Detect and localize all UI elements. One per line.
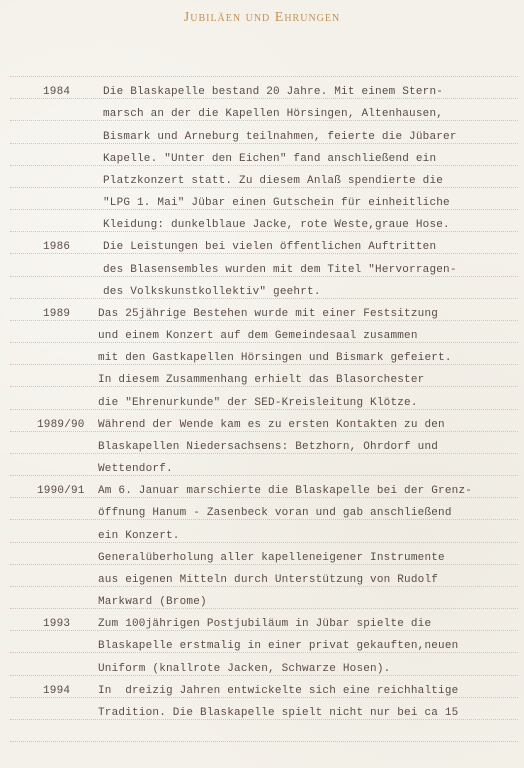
entry-text: marsch an der die Kapellen Hörsingen, Al…	[103, 106, 443, 122]
entry-text: Zum 100jährigen Postjubiläum in Jübar sp…	[98, 616, 431, 632]
entry-text: Uniform (knallrote Jacken, Schwarze Hose…	[98, 661, 390, 677]
entry-text: Bismark und Arneburg teilnahmen, feierte…	[103, 129, 457, 145]
entry-text: Blaskapellen Niedersachsens: Betzhorn, O…	[98, 439, 438, 455]
chronicle-row: marsch an der die Kapellen Hörsingen, Al…	[0, 106, 524, 122]
entry-text: Generalüberholung aller kapelleneigener …	[98, 550, 445, 566]
chronicle-row: ein Konzert.	[0, 528, 524, 544]
entry-text: Die Leistungen bei vielen öffentlichen A…	[103, 239, 436, 255]
entry-text: "LPG 1. Mai" Jübar einen Gutschein für e…	[103, 195, 450, 211]
entry-text: mit den Gastkapellen Hörsingen und Bisma…	[98, 350, 452, 366]
chronicle-row: die "Ehrenurkunde" der SED-Kreisleitung …	[0, 395, 524, 411]
chronicle-row: und einem Konzert auf dem Gemeindesaal z…	[0, 328, 524, 344]
chronicle-row: Wettendorf.	[0, 461, 524, 477]
entry-text: und einem Konzert auf dem Gemeindesaal z…	[98, 328, 418, 344]
page-title: Jubiläen und Ehrungen	[0, 10, 524, 26]
entry-text: Während der Wende kam es zu ersten Konta…	[98, 417, 445, 433]
chronicle-row: aus eigenen Mitteln durch Unterstützung …	[0, 572, 524, 588]
chronicle-row: 1984Die Blaskapelle bestand 20 Jahre. Mi…	[0, 84, 524, 100]
entry-text: Wettendorf.	[98, 461, 173, 477]
chronicle-row: Generalüberholung aller kapelleneigener …	[0, 550, 524, 566]
chronicle-row: 1994In dreizig Jahren entwickelte sich e…	[0, 683, 524, 699]
chronicle-row: 1989/90Während der Wende kam es zu erste…	[0, 417, 524, 433]
entry-text: Tradition. Die Blaskapelle spielt nicht …	[98, 705, 458, 721]
entry-text: öffnung Hanum - Zasenbeck voran und gab …	[98, 505, 452, 521]
chronicle-row: mit den Gastkapellen Hörsingen und Bisma…	[0, 350, 524, 366]
chronicle-row: 1990/91Am 6. Januar marschierte die Blas…	[0, 483, 524, 499]
chronicle-row: "LPG 1. Mai" Jübar einen Gutschein für e…	[0, 195, 524, 211]
entry-text: Platzkonzert statt. Zu diesem Anlaß spen…	[103, 173, 443, 189]
chronicle-row: 1989Das 25jährige Bestehen wurde mit ein…	[0, 306, 524, 322]
entry-text: des Blasensembles wurden mit dem Titel "…	[103, 262, 457, 278]
chronicle-row: In diesem Zusammenhang erhielt das Blaso…	[0, 372, 524, 388]
chronicle-row: Bismark und Arneburg teilnahmen, feierte…	[0, 129, 524, 145]
ruled-line	[10, 741, 518, 742]
document-page: Jubiläen und Ehrungen 1984Die Blaskapell…	[0, 0, 524, 768]
chronicle-row: 1986Die Leistungen bei vielen öffentlich…	[0, 239, 524, 255]
entry-text: Die Blaskapelle bestand 20 Jahre. Mit ei…	[103, 84, 443, 100]
year-label: 1993	[43, 616, 70, 632]
chronicle-row: Blaskapelle erstmalig in einer privat ge…	[0, 638, 524, 654]
chronicle-row: des Volkskunstkollektiv" geehrt.	[0, 284, 524, 300]
ruled-line	[10, 76, 518, 77]
year-label: 1986	[43, 239, 70, 255]
entry-text: Am 6. Januar marschierte die Blaskapelle…	[98, 483, 472, 499]
entry-text: Blaskapelle erstmalig in einer privat ge…	[98, 638, 458, 654]
entry-text: aus eigenen Mitteln durch Unterstützung …	[98, 572, 438, 588]
year-label: 1989/90	[37, 417, 85, 433]
chronicle-row: Markward (Brome)	[0, 594, 524, 610]
entry-text: Markward (Brome)	[98, 594, 207, 610]
year-label: 1984	[43, 84, 70, 100]
entry-text: In dreizig Jahren entwickelte sich eine …	[98, 683, 458, 699]
chronicle-row: Tradition. Die Blaskapelle spielt nicht …	[0, 705, 524, 721]
chronicle-row: Kleidung: dunkelblaue Jacke, rote Weste,…	[0, 217, 524, 233]
entry-text: des Volkskunstkollektiv" geehrt.	[103, 284, 321, 300]
entry-text: Kapelle. "Unter den Eichen" fand anschli…	[103, 151, 436, 167]
chronicle-row: Blaskapellen Niedersachsens: Betzhorn, O…	[0, 439, 524, 455]
entry-text: Kleidung: dunkelblaue Jacke, rote Weste,…	[103, 217, 450, 233]
chronicle-row: Platzkonzert statt. Zu diesem Anlaß spen…	[0, 173, 524, 189]
chronicle-row: Uniform (knallrote Jacken, Schwarze Hose…	[0, 661, 524, 677]
entry-text: In diesem Zusammenhang erhielt das Blaso…	[98, 372, 424, 388]
year-label: 1990/91	[37, 483, 85, 499]
entry-text: die "Ehrenurkunde" der SED-Kreisleitung …	[98, 395, 418, 411]
entry-text: ein Konzert.	[98, 528, 180, 544]
chronicle-row: Kapelle. "Unter den Eichen" fand anschli…	[0, 151, 524, 167]
chronicle-row: 1993Zum 100jährigen Postjubiläum in Jüba…	[0, 616, 524, 632]
year-label: 1994	[43, 683, 70, 699]
entry-text: Das 25jährige Bestehen wurde mit einer F…	[98, 306, 438, 322]
chronicle-row: des Blasensembles wurden mit dem Titel "…	[0, 262, 524, 278]
chronicle-row: öffnung Hanum - Zasenbeck voran und gab …	[0, 505, 524, 521]
year-label: 1989	[43, 306, 70, 322]
